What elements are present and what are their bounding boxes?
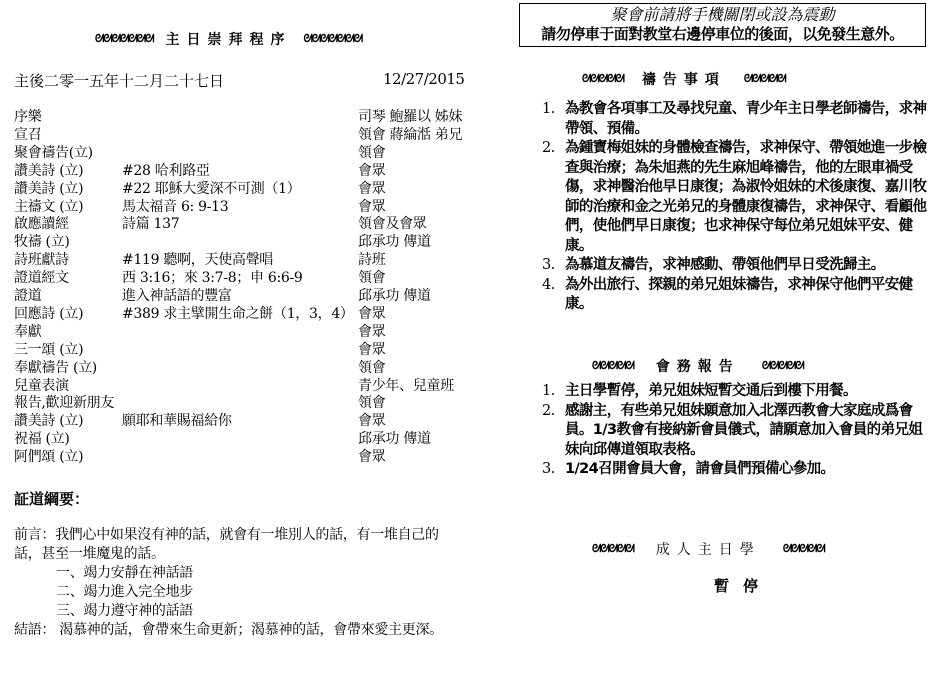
list-text: 感謝主，有些弟兄姐妹願意加入北澤西教會大家庭成爲會員。1/3教會有接納新會員儀式… bbox=[565, 403, 922, 458]
ornament-right-icon: ᘛᘛᘛᘛᘛ bbox=[762, 359, 804, 373]
affairs-heading: ᘛᘛᘛᘛᘛ會務報告ᘛᘛᘛᘛᘛ bbox=[592, 355, 804, 376]
worship-order-heading: ᘛᘛᘛᘛᘛᘛᘛ主日崇拜程序ᘛᘛᘛᘛᘛᘛᘛ bbox=[95, 28, 362, 49]
worship-order-title: 主日崇拜程序 bbox=[166, 32, 292, 48]
ornament-right-icon: ᘛᘛᘛᘛᘛ bbox=[783, 542, 825, 556]
sermon-outline-title: 証道綱要： bbox=[14, 488, 89, 509]
list-item: 4.為外出旅行、探親的弟兄姐妹禱告，求神保守他們平安健康。 bbox=[542, 276, 932, 315]
ornament-right-icon: ᘛᘛᘛᘛᘛᘛᘛ bbox=[304, 32, 363, 46]
sermon-conclusion: 結語： 渴慕神的話，會帶來生命更新；渴慕神的話，會帶來愛主更深。 bbox=[14, 619, 443, 639]
prayer-title: 禱告事項 bbox=[642, 72, 726, 88]
ornament-left-icon: ᘛᘛᘛᘛᘛ bbox=[582, 72, 624, 86]
prayer-heading: ᘛᘛᘛᘛᘛ禱告事項ᘛᘛᘛᘛᘛ bbox=[582, 68, 786, 89]
list-text: 為教會各項事工及尋找兒童、青少年主日學老師禱告，求神帶領、預備。 bbox=[565, 101, 926, 137]
affairs-title: 會務報告 bbox=[656, 359, 740, 375]
ornament-right-icon: ᘛᘛᘛᘛᘛ bbox=[744, 72, 786, 86]
notice-box: 聚會前請將手機關閉或設為震動 請勿停車于面對教堂右邊停車位的後面，以免發生意外。 bbox=[519, 3, 926, 47]
list-item: 3.為慕道友禱告，求神感動、帶領他們早日受洗歸主。 bbox=[542, 256, 932, 276]
list-item: 2.為鍾寶梅姐妹的身體檢查禱告，求神保守、帶領她進一步檢查與治療；為朱旭燕的先生… bbox=[542, 139, 932, 256]
list-text: 為外出旅行、探親的弟兄姐妹禱告，求神保守他們平安健康。 bbox=[565, 277, 913, 313]
sermon-intro-line-2: 話，甚至一堆魔鬼的話。 bbox=[14, 543, 165, 563]
list-item: 2.感謝主，有些弟兄姐妹願意加入北澤西教會大家庭成爲會員。1/3教會有接納新會員… bbox=[542, 402, 932, 461]
date-chinese: 主後二零一五年十二月二十七日 bbox=[14, 70, 224, 91]
sunday-school-heading: ᘛᘛᘛᘛᘛ成人主日學ᘛᘛᘛᘛᘛ bbox=[592, 538, 825, 559]
list-number: 2. bbox=[542, 402, 555, 422]
list-number: 3. bbox=[542, 256, 555, 276]
list-number: 3. bbox=[542, 460, 555, 480]
order-content: 願耶和華賜福給你 bbox=[122, 410, 232, 430]
sermon-point-3: 三、竭力遵守神的話語 bbox=[56, 600, 193, 620]
list-number: 1. bbox=[542, 382, 555, 402]
ornament-left-icon: ᘛᘛᘛᘛᘛᘛᘛ bbox=[95, 32, 154, 46]
list-item: 1.主日學暫停，弟兄姐妹短暫交通后到樓下用餐。 bbox=[542, 382, 932, 402]
sermon-intro-line-1: 前言：我們心中如果沒有神的話，就會有一堆別人的話，有一堆自己的 bbox=[14, 524, 439, 544]
list-text: 為慕道友禱告，求神感動、帶領他們早日受洗歸主。 bbox=[565, 257, 885, 273]
order-leader: 會眾 bbox=[358, 446, 385, 466]
list-number: 1. bbox=[542, 100, 555, 120]
notice-phone: 聚會前請將手機關閉或設為震動 bbox=[520, 5, 925, 25]
date-numeric: 12/27/2015 bbox=[383, 70, 464, 88]
sunday-school-title: 成人主日學 bbox=[656, 542, 761, 558]
ornament-left-icon: ᘛᘛᘛᘛᘛ bbox=[592, 359, 634, 373]
list-number: 4. bbox=[542, 276, 555, 296]
sermon-point-2: 二、竭力進入完全地步 bbox=[56, 581, 193, 601]
order-item: 阿們頌 (立) bbox=[14, 446, 83, 466]
affairs-list: 1.主日學暫停，弟兄姐妹短暫交通后到樓下用餐。2.感謝主，有些弟兄姐妹願意加入北… bbox=[542, 382, 932, 480]
order-content: #389 求主擘開生命之餅（1，3，4） bbox=[122, 303, 354, 323]
notice-parking: 請勿停車于面對教堂右邊停車位的後面，以免發生意外。 bbox=[520, 25, 925, 44]
list-text: 為鍾寶梅姐妹的身體檢查禱告，求神保守、帶領她進一步檢查與治療；為朱旭燕的先生麻旭… bbox=[565, 140, 926, 254]
list-item: 3.1/24召開會員大會，請會員們預備心參加。 bbox=[542, 460, 932, 480]
sunday-school-status: 暫停 bbox=[714, 575, 772, 596]
ornament-left-icon: ᘛᘛᘛᘛᘛ bbox=[592, 542, 634, 556]
list-number: 2. bbox=[542, 139, 555, 159]
list-text: 1/24召開會員大會，請會員們預備心參加。 bbox=[565, 461, 834, 477]
prayer-list: 1.為教會各項事工及尋找兒童、青少年主日學老師禱告，求神帶領、預備。2.為鍾寶梅… bbox=[542, 100, 932, 315]
sermon-point-1: 一、竭力安靜在神話語 bbox=[56, 562, 193, 582]
list-text: 主日學暫停，弟兄姐妹短暫交通后到樓下用餐。 bbox=[565, 383, 857, 399]
order-content: 詩篇 137 bbox=[122, 213, 179, 233]
list-item: 1.為教會各項事工及尋找兒童、青少年主日學老師禱告，求神帶領、預備。 bbox=[542, 100, 932, 139]
